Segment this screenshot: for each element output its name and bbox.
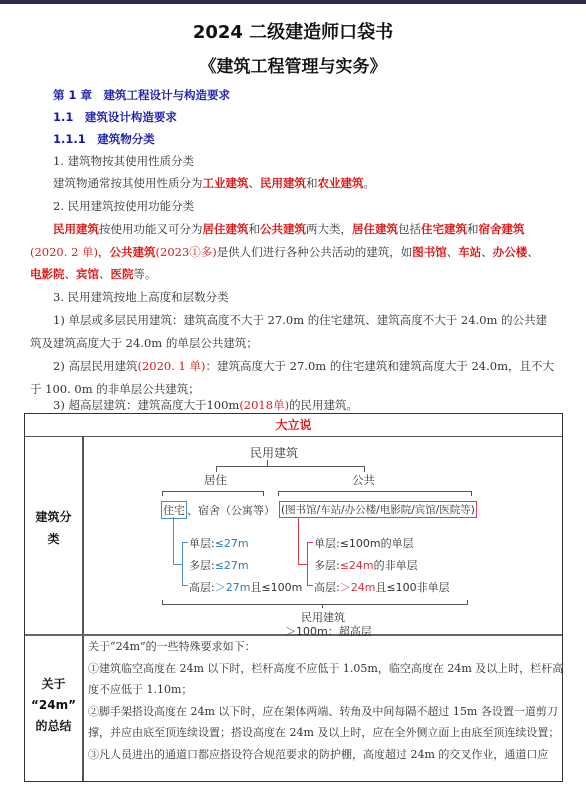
summary-line: 关于“24m”的一些特殊要求如下： bbox=[88, 636, 563, 658]
value: ≤27m bbox=[215, 559, 249, 572]
emphasis: 公共建筑 bbox=[260, 222, 306, 236]
text: 、 bbox=[65, 267, 77, 281]
brace-line bbox=[471, 491, 472, 496]
residential-boxed-item: 住宅 bbox=[161, 501, 187, 519]
chapter-heading: 第 1 章 建筑工程设计与构造要求 bbox=[53, 87, 230, 103]
brace-line bbox=[162, 491, 264, 492]
24m-summary: 关于“24m”的一些特殊要求如下： ①建筑临空高度在 24m 以下时，栏杆高度不… bbox=[88, 636, 563, 765]
text: 的非单层 bbox=[374, 559, 418, 572]
section-heading: 1.1 建筑设计构造要求 bbox=[53, 109, 177, 125]
text: 、 bbox=[527, 245, 539, 259]
text: 等。 bbox=[134, 267, 157, 281]
brace-line bbox=[162, 604, 468, 605]
emphasis: 工业建筑 bbox=[203, 176, 249, 190]
tree-line bbox=[307, 542, 313, 543]
text: ， bbox=[98, 245, 110, 259]
residential-node: 居住 bbox=[204, 472, 227, 488]
label-line: 建筑分 bbox=[25, 506, 82, 528]
text: 高层: bbox=[189, 581, 215, 594]
tree-line bbox=[307, 542, 308, 586]
text: 、 bbox=[249, 176, 261, 190]
label-line: 关于 bbox=[25, 674, 82, 695]
tree-line bbox=[182, 585, 188, 586]
emphasis: 住宅建筑 bbox=[421, 222, 467, 236]
document-subtitle: 《建筑工程管理与实务》 bbox=[0, 52, 586, 77]
brace-line bbox=[263, 491, 264, 496]
brace-line bbox=[162, 491, 163, 496]
emphasis: 办公楼 bbox=[493, 245, 528, 259]
text: 是供人们进行各种公共活动的建筑，如 bbox=[217, 245, 413, 259]
text: 包括 bbox=[398, 222, 421, 236]
label-line: “24m” bbox=[25, 695, 82, 716]
text: 、 bbox=[99, 267, 111, 281]
tree-line bbox=[182, 542, 188, 543]
summary-line: 度不应低于 1.10m； bbox=[88, 679, 563, 701]
emphasis: 图书馆 bbox=[412, 245, 447, 259]
emphasis: 民用建筑 bbox=[260, 176, 306, 190]
brace-line bbox=[467, 600, 468, 604]
summary-table: 大立说 建筑分 类 民用建筑 居住 公共 住宅 、宿舍（公寓等） (图书馆/车站… bbox=[24, 413, 563, 782]
text: 多层: bbox=[189, 559, 215, 572]
table-header: 大立说 bbox=[25, 414, 562, 437]
paragraph-2-heading: 2. 民用建筑按使用功能分类 bbox=[53, 198, 194, 214]
exam-tag: (2023①多) bbox=[156, 245, 217, 259]
value: ＞27m bbox=[215, 581, 251, 594]
subsection-heading: 1.1.1 建筑物分类 bbox=[53, 131, 155, 147]
text: 且≤100m bbox=[250, 581, 302, 594]
text: 3) 超高层建筑：建筑高度大于100m bbox=[53, 398, 239, 412]
paragraph-2-line-1: 民用建筑按使用功能又可分为居住建筑和公共建筑两大类，居住建筑包括住宅建筑和宿舍建… bbox=[53, 221, 525, 237]
emphasis: 居住建筑 bbox=[203, 222, 249, 236]
brace-line bbox=[278, 491, 472, 492]
summary-line: ①建筑临空高度在 24m 以下时，栏杆高度不应低于 1.05m，临空高度在 24… bbox=[88, 658, 563, 680]
residential-high: 高层:＞27m且≤100m bbox=[189, 579, 302, 595]
paragraph-3-heading: 3. 民用建筑按地上高度和层数分类 bbox=[53, 289, 229, 305]
document-title: 2024 二级建造师口袋书 bbox=[0, 18, 586, 44]
emphasis: 居住建筑 bbox=[352, 222, 398, 236]
emphasis: 车站 bbox=[458, 245, 481, 259]
text: 两大类， bbox=[306, 222, 352, 236]
diagram-root: 民用建筑 bbox=[250, 444, 298, 461]
emphasis: 公共建筑 bbox=[110, 245, 156, 259]
row-label-24m: 关于 “24m” 的总结 bbox=[25, 674, 82, 737]
text: 建筑物通常按其使用性质分为 bbox=[53, 176, 203, 190]
text: 和 bbox=[249, 222, 261, 236]
paragraph-3-item-2-line-2: 于 100. 0m 的非单层公共建筑； bbox=[30, 381, 200, 397]
public-multi: 多层:≤24m的非单层 bbox=[314, 557, 418, 573]
text: 和 bbox=[467, 222, 479, 236]
summary-line: 撑，并应由底至顶连续设置；搭设高度在 24m 及以上时，应在全外侧立面上由底至顶… bbox=[88, 722, 563, 744]
text: 按使用功能又可分为 bbox=[99, 222, 203, 236]
emphasis: 民用建筑 bbox=[53, 222, 99, 236]
public-high: 高层:＞24m且≤100非单层 bbox=[314, 579, 450, 595]
tree-line bbox=[173, 517, 174, 565]
emphasis: 宿舍建筑 bbox=[479, 222, 525, 236]
exam-tag: (2020. 1 单) bbox=[137, 359, 205, 373]
paragraph-1-text: 建筑物通常按其使用性质分为工业建筑、民用建筑和农业建筑。 bbox=[53, 175, 375, 191]
text: 且≤100非单层 bbox=[375, 581, 449, 594]
value: ≤24m bbox=[340, 559, 374, 572]
summary-line: ②脚手架搭设高度在 24m 以下时，应在架体两端、转角及中间每隔不超过 15m … bbox=[88, 701, 563, 723]
text: 、 bbox=[481, 245, 493, 259]
brace-line bbox=[278, 491, 279, 496]
text: 多层: bbox=[314, 559, 340, 572]
emphasis: 宾馆 bbox=[76, 267, 99, 281]
paragraph-2-line-3: 电影院、宾馆、医院等。 bbox=[30, 266, 157, 282]
text: 高层: bbox=[314, 581, 340, 594]
column-divider bbox=[82, 437, 84, 781]
public-node: 公共 bbox=[352, 472, 375, 488]
label-line: 的总结 bbox=[25, 716, 82, 737]
emphasis: 农业建筑 bbox=[318, 176, 364, 190]
top-bar bbox=[0, 0, 586, 4]
text: ：建筑高度大于 27.0m 的住宅建筑和建筑高度大于 24.0m，且不大 bbox=[206, 359, 554, 373]
tree-line bbox=[182, 542, 183, 586]
residential-single: 单层:≤27m bbox=[189, 535, 249, 551]
paragraph-3-item-1-line-2: 筑及建筑高度大于 24.0m 的单层公共建筑； bbox=[30, 335, 258, 351]
paragraph-2-line-2: (2020. 2 单)，公共建筑(2023①多)是供人们进行各种公共活动的建筑，… bbox=[30, 244, 539, 260]
row-label-classification: 建筑分 类 bbox=[25, 506, 82, 550]
public-single: 单层:≤100m的单层 bbox=[314, 535, 414, 551]
brace-line bbox=[322, 604, 323, 608]
public-items-box: (图书馆/车站/办公楼/电影院/宾馆/医院等) bbox=[279, 501, 477, 518]
paragraph-1-heading: 1. 建筑物按其使用性质分类 bbox=[53, 153, 194, 169]
value: ≤27m bbox=[215, 537, 249, 550]
residential-items: 、宿舍（公寓等） bbox=[187, 502, 275, 518]
exam-tag: (2018单) bbox=[239, 398, 289, 412]
emphasis: 电影院 bbox=[30, 267, 65, 281]
value: ＞24m bbox=[340, 581, 376, 594]
summary-line: ③凡人员进出的通道口都应搭设符合规范要求的防护棚，高度超过 24m 的交叉作业，… bbox=[88, 744, 563, 766]
text: 单层: bbox=[189, 537, 215, 550]
tree-line bbox=[298, 517, 299, 565]
label-line: 类 bbox=[25, 528, 82, 550]
paragraph-3-item-1-line-1: 1) 单层或多层民用建筑：建筑高度不大于 27.0m 的住宅建筑、建筑高度不大于… bbox=[53, 312, 547, 328]
exam-tag: (2020. 2 单) bbox=[30, 245, 98, 259]
text: 2) 高层民用建筑 bbox=[53, 359, 137, 373]
emphasis: 医院 bbox=[111, 267, 134, 281]
paragraph-3-item-3: 3) 超高层建筑：建筑高度大于100m(2018单)的民用建筑。 bbox=[53, 397, 358, 413]
text: 和 bbox=[306, 176, 318, 190]
text: 。 bbox=[364, 176, 376, 190]
paragraph-3-item-2-line-1: 2) 高层民用建筑(2020. 1 单)：建筑高度大于 27.0m 的住宅建筑和… bbox=[53, 358, 554, 374]
text: 、 bbox=[447, 245, 459, 259]
text: 的民用建筑。 bbox=[289, 398, 358, 412]
connector-line bbox=[216, 466, 364, 467]
tree-line bbox=[307, 585, 313, 586]
residential-multi: 多层:≤27m bbox=[189, 557, 249, 573]
